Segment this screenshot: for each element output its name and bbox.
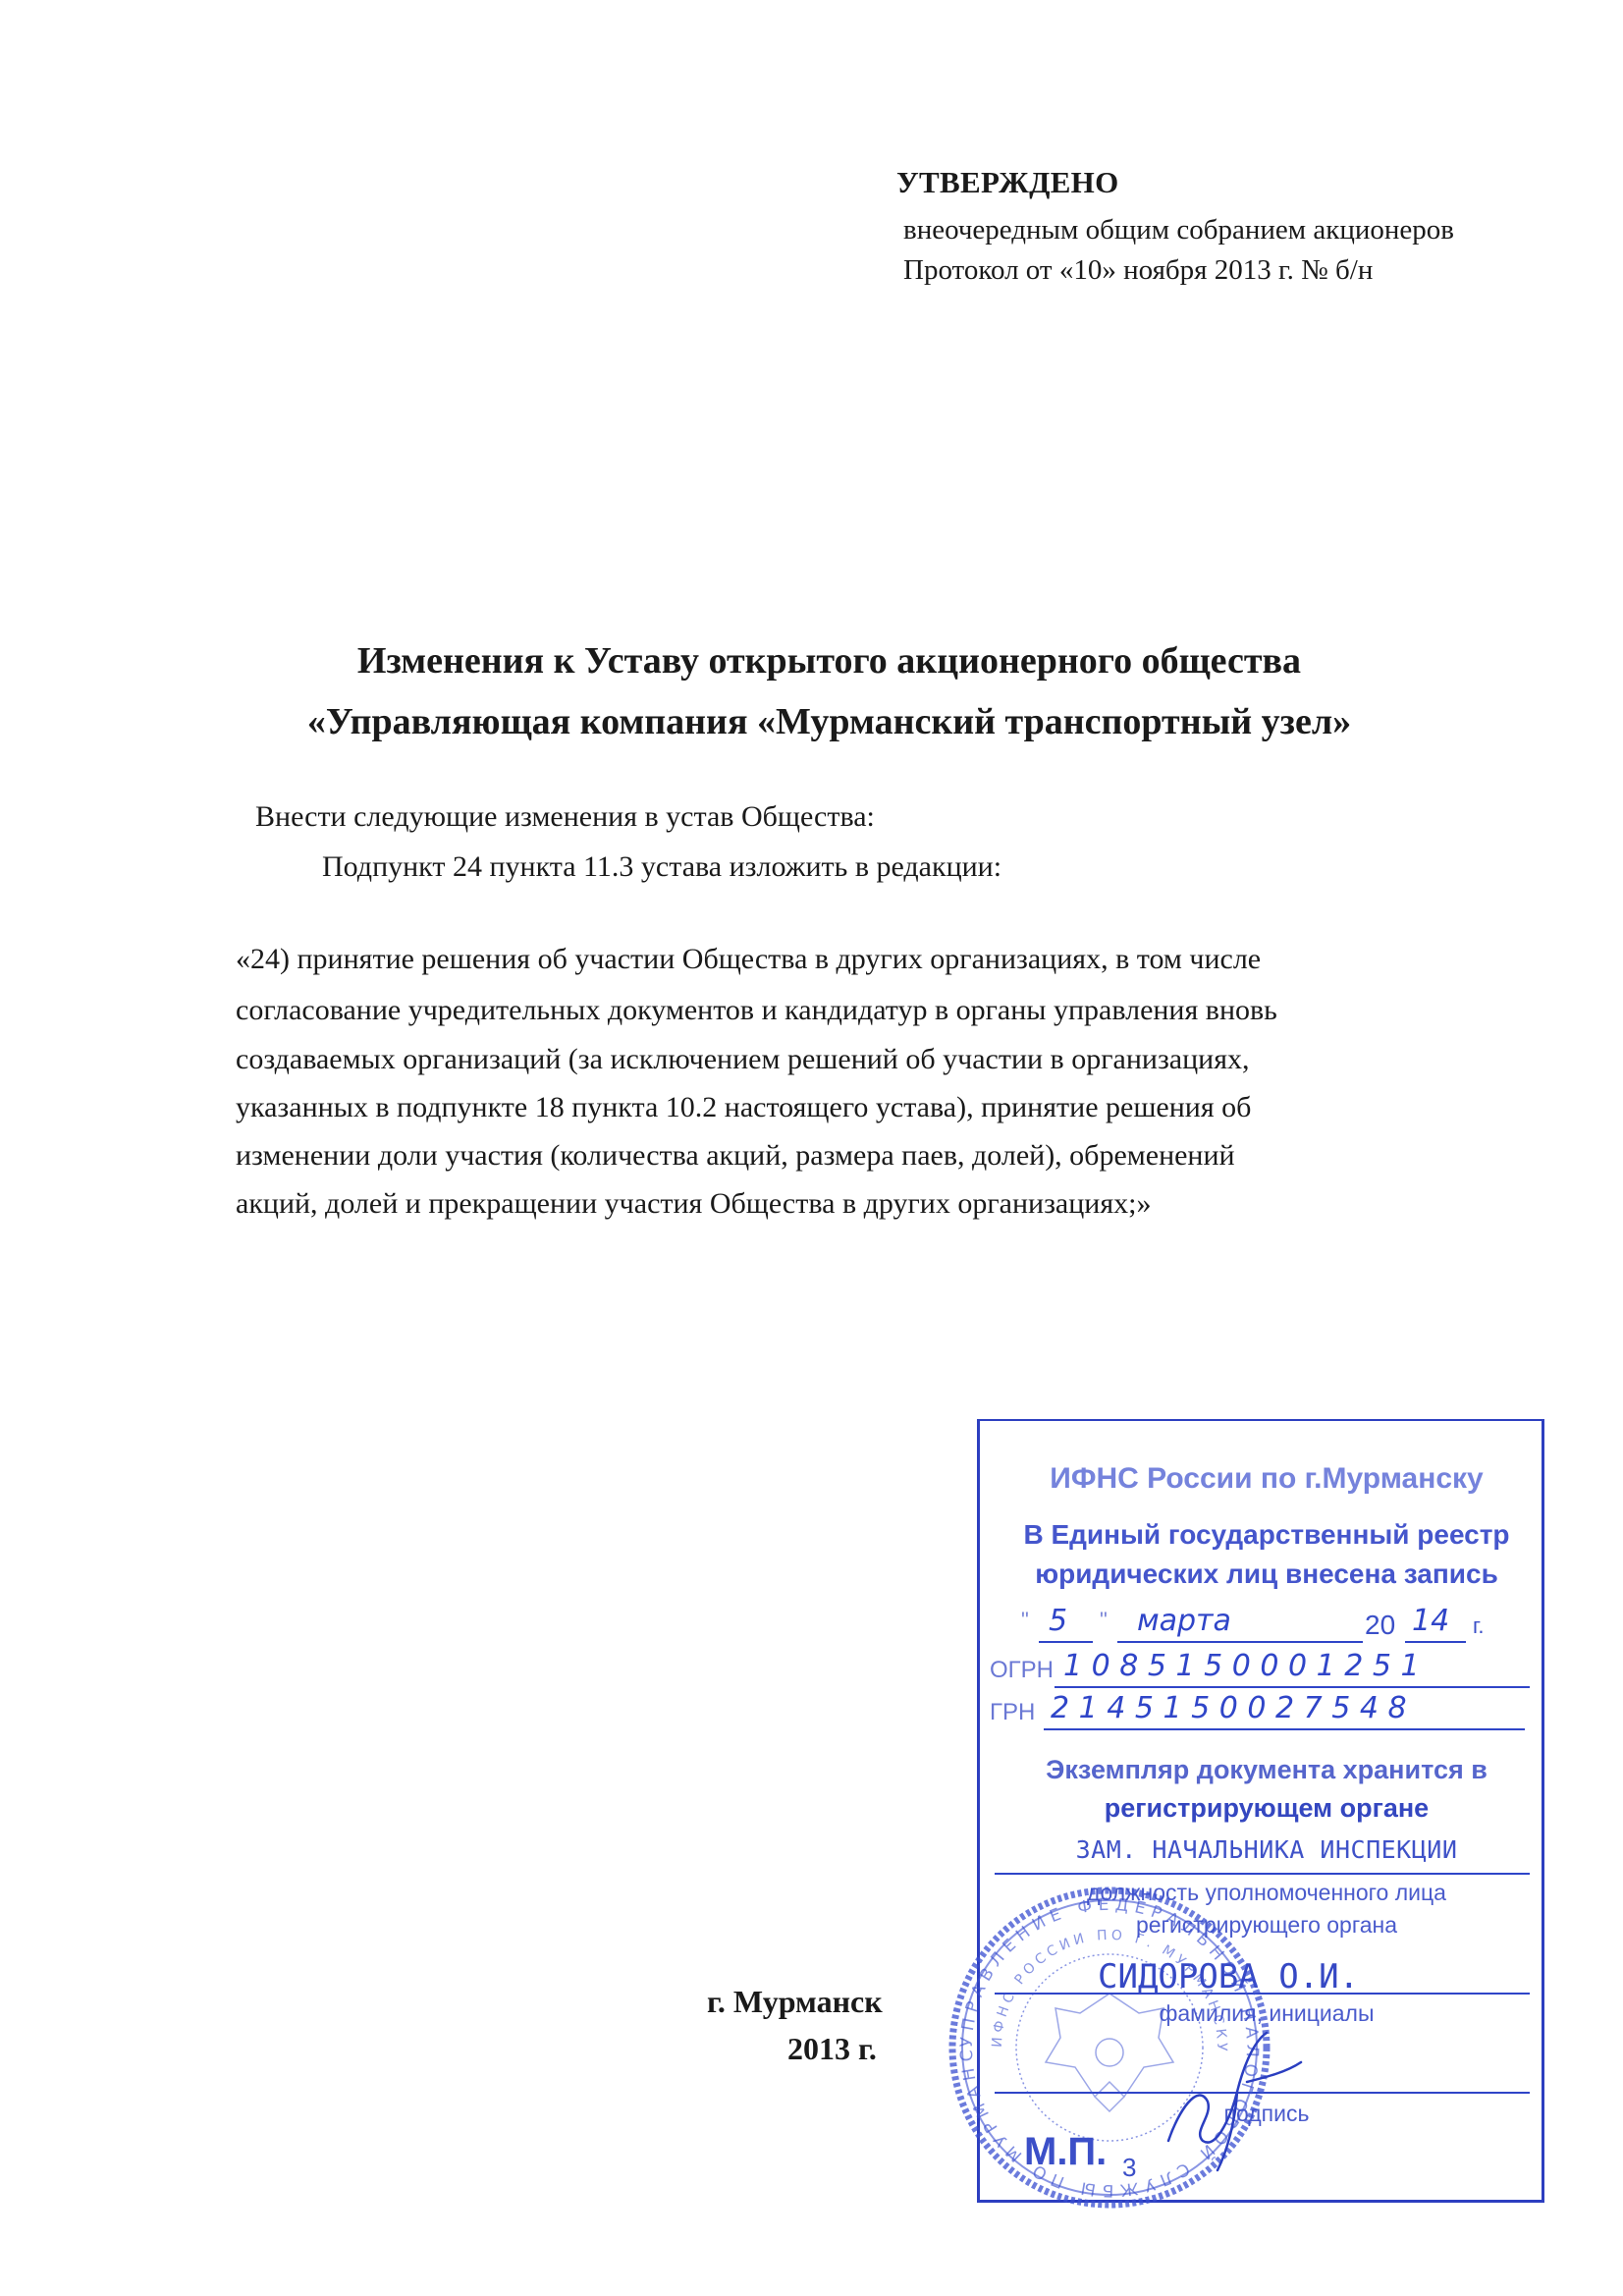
position-underline xyxy=(995,1873,1530,1875)
ogrn-label: ОГРН xyxy=(990,1657,1054,1684)
approval-body: внеочередным общим собранием акционеров xyxy=(903,214,1454,246)
document-title-line1: Изменения к Уставу открытого акционерног… xyxy=(18,639,1623,683)
quote-line: согласование учредительных документов и … xyxy=(236,994,1277,1027)
approval-protocol: Протокол от «10» ноября 2013 г. № б/н xyxy=(903,254,1373,287)
stamp-date-month: марта xyxy=(1137,1604,1231,1638)
stamp-date-year-unit: г. xyxy=(1473,1613,1484,1639)
document-title-line2: «Управляющая компания «Мурманский трансп… xyxy=(18,700,1623,743)
quote-line: акций, долей и прекращении участия Общес… xyxy=(236,1187,1151,1221)
signature-icon xyxy=(1159,2023,1306,2180)
stamp-official-position: ЗАМ. НАЧАЛЬНИКА ИНСПЕКЦИИ xyxy=(992,1835,1542,1864)
stamp-ogrn-row: ОГРН 1 0 8 5 1 5 0 0 0 1 2 5 1 xyxy=(990,1649,1535,1692)
stamp-copy-line2: регистрирующем органе xyxy=(992,1793,1542,1824)
stamp-authority: ИФНС России по г.Мурманску xyxy=(992,1462,1542,1496)
ogrn-value: 1 0 8 5 1 5 0 0 0 1 2 5 1 xyxy=(1063,1649,1420,1683)
year: 2013 г. xyxy=(787,2031,877,2067)
stamp-date-row: " 5 " марта 20 14 г. xyxy=(1019,1608,1540,1649)
grn-label: ГРН xyxy=(990,1699,1035,1726)
stamp-date-day: 5 xyxy=(1049,1604,1067,1638)
stamp-copy-line1: Экземпляр документа хранится в xyxy=(992,1755,1542,1785)
stamp-entry-line2: юридических лиц внесена запись xyxy=(992,1558,1542,1590)
stamp-entry-line1: В Единый государственный реестр xyxy=(992,1519,1542,1551)
intro-text: Внести следующие изменения в устав Общес… xyxy=(255,800,875,834)
quote-line: указанных в подпункте 18 пункта 10.2 нас… xyxy=(236,1091,1251,1124)
approval-title: УТВЕРЖДЕНО xyxy=(896,165,1119,200)
subpoint-text: Подпункт 24 пункта 11.3 устава изложить … xyxy=(322,850,1001,884)
quote-line: «24) принятие решения об участии Обществ… xyxy=(236,943,1261,976)
stamp-date-year-suffix: 14 xyxy=(1412,1604,1449,1638)
quote-line: изменении доли участия (количества акций… xyxy=(236,1139,1235,1173)
stamp-date-year-prefix: 20 xyxy=(1365,1610,1395,1641)
city: г. Мурманск xyxy=(707,1984,883,2020)
stamp-grn-row: ГРН 2 1 4 5 1 5 0 0 2 7 5 4 8 xyxy=(990,1691,1535,1734)
grn-value: 2 1 4 5 1 5 0 0 2 7 5 4 8 xyxy=(1051,1691,1407,1725)
quote-line: создаваемых организаций (за исключением … xyxy=(236,1043,1250,1076)
